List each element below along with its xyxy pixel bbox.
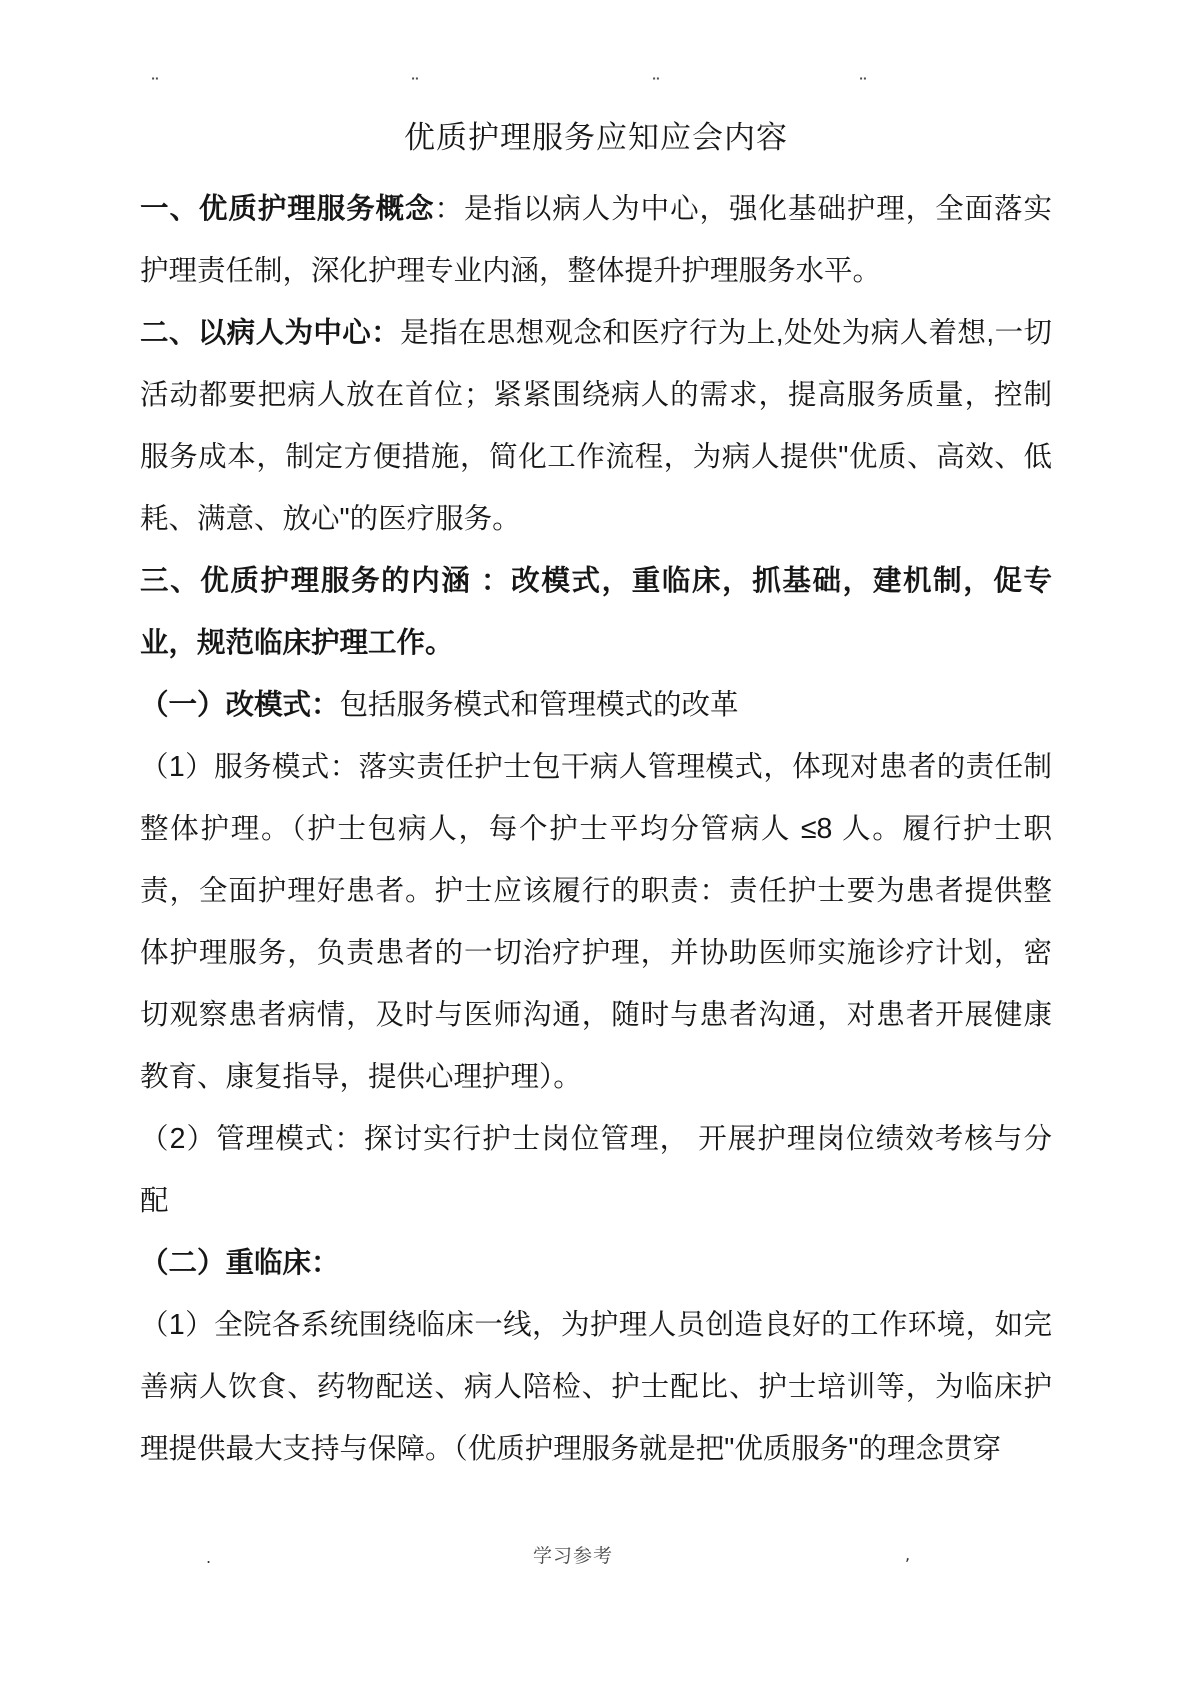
- paragraph: （2）管理模式：探讨实行护士岗位管理， 开展护理岗位绩效考核与分配: [140, 1108, 1052, 1232]
- body-text: 理提供最大支持与保障。（优质护理服务就是把"优质服务"的理念贯穿: [140, 1433, 1001, 1465]
- body-text: 耗、满意、放心"的医疗服务。: [140, 503, 521, 535]
- paragraph: （二）重临床：: [140, 1232, 1052, 1294]
- body-text: 活动都要把病人放在首位；紧紧围绕病人的需求，提高服务质量，控制: [140, 379, 1052, 411]
- page-title: 优质护理服务应知应会内容: [140, 118, 1052, 158]
- footer-left-mark: .: [206, 1548, 211, 1567]
- body-text: 责，全面护理好患者。护士应该履行的职责：责任护士要为患者提供整: [140, 875, 1052, 907]
- document-page: ¨ ¨ ¨ ¨ 优质护理服务应知应会内容 一、优质护理服务概念：是指以病人为中心…: [0, 0, 1190, 1683]
- paragraph: （1）服务模式：落实责任护士包干病人管理模式，体现对患者的责任制整体护理。（护士…: [140, 736, 1052, 1108]
- body-text: 教育、康复指导，提供心理护理）。: [140, 1061, 582, 1093]
- scan-noise-mark: ¨: [858, 74, 868, 98]
- body-text: 切观察患者病情，及时与医师沟通，随时与患者沟通，对患者开展健康: [140, 999, 1052, 1031]
- text-line: 二、以病人为中心：是指在思想观念和医疗行为上,处处为病人着想,一切: [140, 302, 1052, 364]
- paragraph: 二、以病人为中心：是指在思想观念和医疗行为上,处处为病人着想,一切活动都要把病人…: [140, 302, 1052, 550]
- body-text: 护理责任制，深化护理专业内涵，整体提升护理服务水平。: [140, 255, 881, 287]
- text-line: 护理责任制，深化护理专业内涵，整体提升护理服务水平。: [140, 240, 1052, 302]
- footer-label: 学习参考: [533, 1541, 613, 1568]
- text-line: 切观察患者病情，及时与医师沟通，随时与患者沟通，对患者开展健康: [140, 984, 1052, 1046]
- text-line: 活动都要把病人放在首位；紧紧围绕病人的需求，提高服务质量，控制: [140, 364, 1052, 426]
- text-line: 一、优质护理服务概念：是指以病人为中心，强化基础护理，全面落实: [140, 178, 1052, 240]
- body-text: 配: [140, 1185, 169, 1217]
- body-text: （1）服务模式：落实责任护士包干病人管理模式，体现对患者的责任制: [140, 751, 1052, 783]
- paragraph: 一、优质护理服务概念：是指以病人为中心，强化基础护理，全面落实护理责任制，深化护…: [140, 178, 1052, 302]
- text-line: 业，规范临床护理工作。: [140, 612, 1052, 674]
- body-text: （1）全院各系统围绕临床一线，为护理人员创造良好的工作环境，如完: [140, 1309, 1052, 1341]
- bold-text: 二、以病人为中心：: [140, 317, 400, 349]
- scan-noise-mark: ¨: [651, 74, 661, 98]
- text-line: 配: [140, 1170, 1052, 1232]
- body-text: 包括服务模式和管理模式的改革: [340, 689, 739, 721]
- body-text: （2）管理模式：探讨实行护士岗位管理， 开展护理岗位绩效考核与分: [140, 1123, 1052, 1155]
- text-line: （1）服务模式：落实责任护士包干病人管理模式，体现对患者的责任制: [140, 736, 1052, 798]
- text-line: 善病人饮食、药物配送、病人陪检、护士配比、护士培训等，为临床护: [140, 1356, 1052, 1418]
- body-text: 体护理服务，负责患者的一切治疗护理，并协助医师实施诊疗计划，密: [140, 937, 1052, 969]
- text-line: （一）改模式：包括服务模式和管理模式的改革: [140, 674, 1052, 736]
- scan-noise-mark: ¨: [410, 74, 420, 98]
- text-line: 体护理服务，负责患者的一切治疗护理，并协助医师实施诊疗计划，密: [140, 922, 1052, 984]
- text-line: （2）管理模式：探讨实行护士岗位管理， 开展护理岗位绩效考核与分: [140, 1108, 1052, 1170]
- bold-text: 业，规范临床护理工作。: [140, 627, 454, 659]
- paragraph: （一）改模式：包括服务模式和管理模式的改革: [140, 674, 1052, 736]
- document-body: 一、优质护理服务概念：是指以病人为中心，强化基础护理，全面落实护理责任制，深化护…: [140, 178, 1052, 1480]
- footer-right-mark: ,: [905, 1545, 910, 1564]
- body-text: 服务成本，制定方便措施，简化工作流程，为病人提供"优质、高效、低: [140, 441, 1052, 473]
- bold-text: 一、优质护理服务概念: [140, 193, 435, 225]
- text-line: （1）全院各系统围绕临床一线，为护理人员创造良好的工作环境，如完: [140, 1294, 1052, 1356]
- scan-noise-mark: ¨: [150, 74, 160, 98]
- paragraph: 三、优质护理服务的内涵 ：改模式，重临床，抓基础，建机制，促专业，规范临床护理工…: [140, 550, 1052, 674]
- text-line: 责，全面护理好患者。护士应该履行的职责：责任护士要为患者提供整: [140, 860, 1052, 922]
- text-line: （二）重临床：: [140, 1232, 1052, 1294]
- paragraph: （1）全院各系统围绕临床一线，为护理人员创造良好的工作环境，如完善病人饮食、药物…: [140, 1294, 1052, 1480]
- body-text: 整体护理。（护士包病人，每个护士平均分管病人 ≤8 人。履行护士职: [140, 813, 1052, 845]
- body-text: 是指在思想观念和医疗行为上,处处为病人着想,一切: [400, 317, 1052, 349]
- bold-text: 三、优质护理服务的内涵 ：改模式，重临床，抓基础，建机制，促专: [140, 565, 1052, 597]
- text-line: 耗、满意、放心"的医疗服务。: [140, 488, 1052, 550]
- text-line: 整体护理。（护士包病人，每个护士平均分管病人 ≤8 人。履行护士职: [140, 798, 1052, 860]
- text-line: 服务成本，制定方便措施，简化工作流程，为病人提供"优质、高效、低: [140, 426, 1052, 488]
- text-line: 理提供最大支持与保障。（优质护理服务就是把"优质服务"的理念贯穿: [140, 1418, 1052, 1480]
- bold-text: （二）重临床：: [140, 1247, 340, 1279]
- body-text: ：是指以病人为中心，强化基础护理，全面落实: [435, 193, 1052, 225]
- bold-text: （一）改模式：: [140, 689, 340, 721]
- body-text: 善病人饮食、药物配送、病人陪检、护士配比、护士培训等，为临床护: [140, 1371, 1052, 1403]
- text-line: 教育、康复指导，提供心理护理）。: [140, 1046, 1052, 1108]
- text-line: 三、优质护理服务的内涵 ：改模式，重临床，抓基础，建机制，促专: [140, 550, 1052, 612]
